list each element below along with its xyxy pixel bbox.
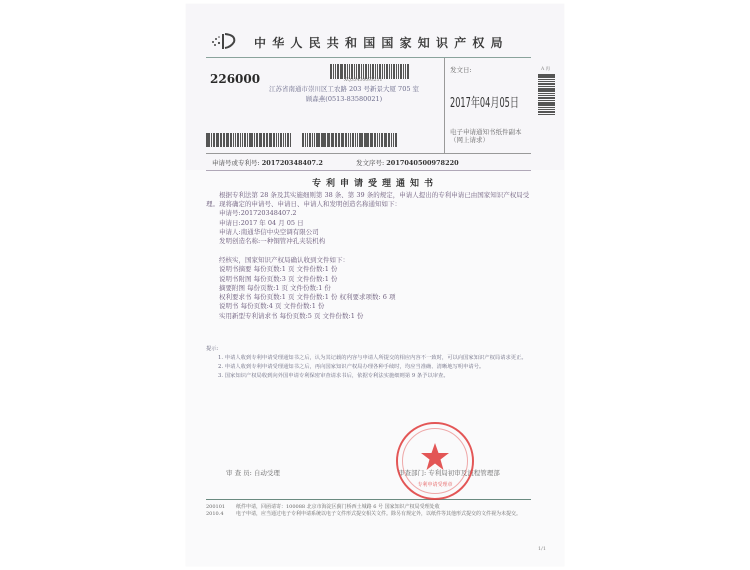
notice-document: 中华人民共和国国家知识产权局 226000 江苏省南通市崇川区工农路 203 号…: [186, 4, 564, 566]
page-number: 1/1: [538, 546, 546, 552]
footer-text: 纸件申请，回函请寄：100088 北京市海淀区蓟门桥西土城路 6 号 国家知识产…: [236, 504, 531, 518]
copy-note: 电子申请通知书纸件副本（网上请求）: [450, 128, 532, 144]
application-field: 申请号:201720348407.2: [206, 209, 532, 218]
sipo-logo-icon: [210, 32, 240, 50]
tip-item: 2. 申请人收到专利申请受理通知书之后，再向国家知识产权局办理各种手续时，均应当…: [206, 363, 534, 372]
mailing-address: 江苏省南通市崇川区工农路 203 号新景大厦 705 室 顾森燕(0513-83…: [244, 84, 444, 104]
serial-number: 2017040500978220: [386, 159, 458, 167]
tips-heading: 提示:: [206, 345, 534, 354]
notice-body: 根据专利法第 28 条及其实施细则第 38 条、第 39 条的规定，申请人提出的…: [206, 191, 532, 246]
recipient-contact: 顾森燕(0513-83580021): [244, 94, 444, 104]
file-entry: 说明书摘要 每份页数:1 页 文件份数:1 份: [219, 265, 395, 274]
reviewer-label: 审 查 员:: [226, 469, 252, 477]
application-field: 申请人:南通华信中央空调有限公司: [206, 228, 532, 237]
file-entry: 说明书 每份页数:4 页 文件份数:1 份: [219, 302, 395, 311]
footer-rule: [206, 499, 531, 500]
received-files: 经核实，国家知识产权局确认收到文件如下： 说明书摘要 每份页数:1 页 文件份数…: [219, 256, 395, 321]
mail-barcode: [330, 64, 410, 79]
reviewer: 审 查 员: 自动受理: [226, 468, 280, 477]
tips-list: 1. 申请人收到专利申请受理通知书之后，认为其记载的内容与申请人所提交的相应内容…: [206, 354, 534, 381]
agency-name: 中华人民共和国国家知识产权局: [254, 34, 509, 51]
serial-number-row: 发文序号: 2017040500978220: [356, 158, 459, 167]
tip-item: 1. 申请人收到专利申请受理通知书之后，认为其记载的内容与申请人所提交的相应内容…: [206, 354, 534, 363]
tips-section: 提示: 1. 申请人收到专利申请受理通知书之后，认为其记载的内容与申请人所提交的…: [206, 345, 534, 381]
application-number-label: 申请号或专利号:: [212, 159, 260, 167]
tip-item: 3. 国家知识产权局收到向外国申请专利保密审查请求书后，依据专利法实施细则第 9…: [206, 372, 534, 381]
files-list: 说明书摘要 每份页数:1 页 文件份数:1 份说明书附图 每份页数:3 页 文件…: [219, 265, 395, 321]
star-icon: [420, 442, 450, 472]
footer-line: 纸件申请，回函请寄：100088 北京市海淀区蓟门桥西土城路 6 号 国家知识产…: [236, 504, 531, 511]
file-entry: 摘要附图 每份页数:1 页 文件份数:1 份: [219, 284, 395, 293]
application-field: 发明创造名称:一种铜管冲孔夹装机构: [206, 237, 532, 246]
application-fields: 申请号:201720348407.2申请日:2017 年 04 月 05 日申请…: [206, 209, 532, 246]
serial-barcode: [302, 133, 399, 147]
application-number: 201720348407.2: [262, 159, 323, 167]
numbers-rule: [206, 153, 531, 154]
send-date-label: 发文日:: [450, 65, 472, 74]
document-title: 专利申请受理通知书: [186, 176, 564, 189]
footer-codes: 2001012010.4: [206, 504, 225, 518]
intro-paragraph: 根据专利法第 28 条及其实施细则第 38 条、第 39 条的规定，申请人提出的…: [206, 191, 532, 209]
side-label: A 再: [541, 66, 550, 72]
official-seal: 专利申请受理章: [396, 422, 474, 500]
title-rule: [206, 170, 531, 171]
footer-code: 200101: [206, 504, 225, 511]
send-date: 2017年04月05日: [450, 92, 519, 111]
file-entry: 实用新型专利请求书 每份页数:5 页 文件份数:1 份: [219, 312, 395, 321]
footer-line: 电子申请，应当通过电子专利申请系统以电子文件形式提交相关文件。除另有规定外，以纸…: [236, 511, 531, 518]
footer-code: 2010.4: [206, 511, 225, 518]
address-line: 江苏省南通市崇川区工农路 203 号新景大厦 705 室: [244, 84, 444, 94]
files-intro: 经核实，国家知识产权局确认收到文件如下：: [219, 256, 395, 265]
application-number-row: 申请号或专利号: 201720348407.2: [212, 158, 323, 167]
application-barcode: [206, 133, 292, 147]
reviewer-value: 自动受理: [254, 469, 280, 477]
side-barcode: [538, 74, 555, 116]
seal-sub-text: 专利申请受理章: [398, 481, 472, 488]
file-entry: 说明书附图 每份页数:3 页 文件份数:1 份: [219, 275, 395, 284]
vertical-divider: [444, 58, 445, 153]
mail-barcode-number: XQ33430093211: [344, 78, 382, 83]
application-field: 申请日:2017 年 04 月 05 日: [206, 219, 532, 228]
serial-number-label: 发文序号:: [356, 159, 384, 167]
header-rule: [206, 57, 531, 58]
